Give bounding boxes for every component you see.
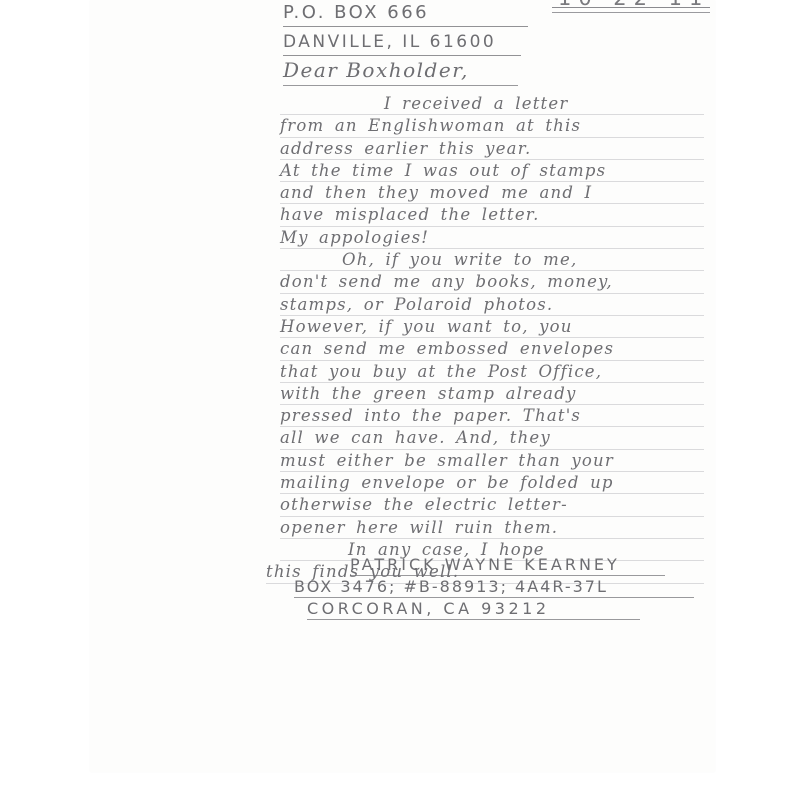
letter-body: I received a letter from an Englishwoman… (280, 93, 704, 584)
body-line: mailing envelope or be folded up (280, 472, 704, 494)
signature-city-line: CORCORAN, CA 93212 (307, 599, 640, 620)
body-line: all we can have. And, they (280, 427, 704, 449)
body-line: However, if you want to, you (280, 316, 704, 338)
body-line: that you buy at the Post Office, (280, 361, 704, 383)
body-line: stamps, or Polaroid photos. (280, 294, 704, 316)
return-address: P.O. BOX 666 DANVILLE, IL 61600 (283, 1, 528, 59)
signature-block: PATRICK WAYNE KEARNEY BOX 3476; #B-88913… (280, 555, 710, 621)
body-line: otherwise the electric letter- (280, 494, 704, 516)
body-line: with the green stamp already (280, 383, 704, 405)
body-line: and then they moved me and I (280, 182, 704, 204)
body-line: opener here will ruin them. (280, 517, 704, 539)
signature-address-line: BOX 3476; #B-88913; 4A4R-37L (294, 577, 694, 598)
body-line: I received a letter (280, 93, 704, 115)
return-address-line2: DANVILLE, IL 61600 (283, 30, 521, 56)
body-line: address earlier this year. (280, 138, 704, 160)
body-line: can send me embossed envelopes (280, 338, 704, 360)
body-line: don't send me any books, money, (280, 271, 704, 293)
body-line: have misplaced the letter. (280, 204, 704, 226)
body-line: must either be smaller than your (280, 450, 704, 472)
greeting: Dear Boxholder, (283, 58, 518, 86)
body-line: pressed into the paper. That's (280, 405, 704, 427)
signature-name: PATRICK WAYNE KEARNEY (350, 555, 665, 576)
body-line: At the time I was out of stamps (280, 160, 704, 182)
date-underline (552, 7, 710, 13)
body-line: from an Englishwoman at this (280, 115, 704, 137)
return-address-line1: P.O. BOX 666 (283, 1, 528, 27)
body-line: Oh, if you write to me, (280, 249, 704, 271)
letter-paper: 10-22-11 P.O. BOX 666 DANVILLE, IL 61600… (90, 0, 715, 772)
body-line: My appologies! (280, 227, 704, 249)
scanned-letter-page: { "page": { "background_color": "#ffffff… (0, 0, 800, 800)
